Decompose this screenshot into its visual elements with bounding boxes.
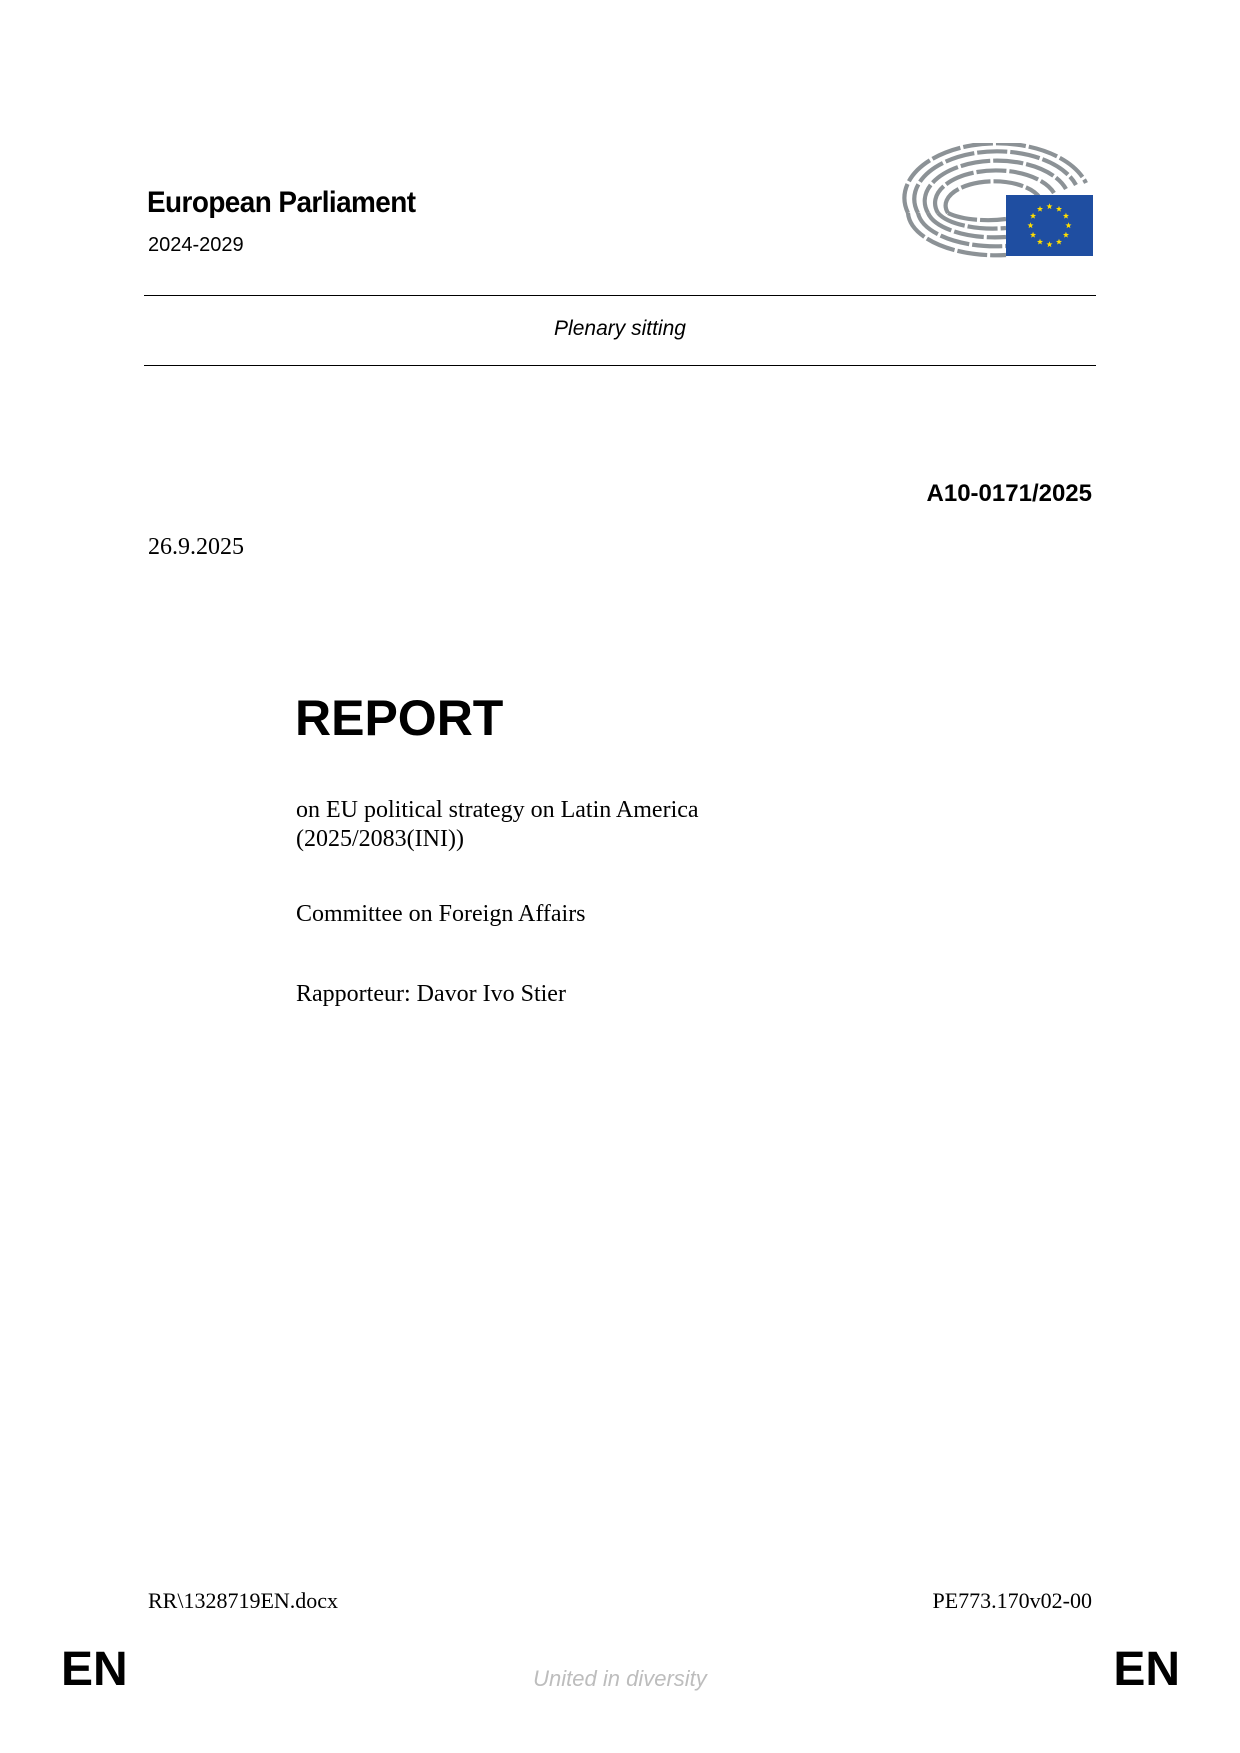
report-subject: on EU political strategy on Latin Americ… [296,796,699,854]
organization-name: European Parliament [147,186,415,220]
committee-name: Committee on Foreign Affairs [296,901,586,928]
document-date: 26.9.2025 [148,534,244,561]
eu-flag-icon [1006,195,1093,256]
subject-line: on EU political strategy on Latin Americ… [296,796,699,825]
procedure-number: (2025/2083(INI)) [296,825,699,854]
document-number: A10-0171/2025 [927,480,1092,508]
document-type-title: REPORT [295,689,503,747]
rapporteur: Rapporteur: Davor Ivo Stier [296,981,566,1008]
language-code-right: EN [1113,1642,1180,1697]
parliamentary-term: 2024-2029 [148,234,244,257]
european-parliament-logo [900,143,1096,259]
header-divider-bottom [144,365,1096,366]
header-divider-top [144,295,1096,296]
footer-file-name: RR\1328719EN.docx [148,1588,338,1614]
sitting-type: Plenary sitting [0,317,1240,341]
footer-reference: PE773.170v02-00 [933,1588,1093,1614]
eu-motto: United in diversity [0,1666,1240,1692]
